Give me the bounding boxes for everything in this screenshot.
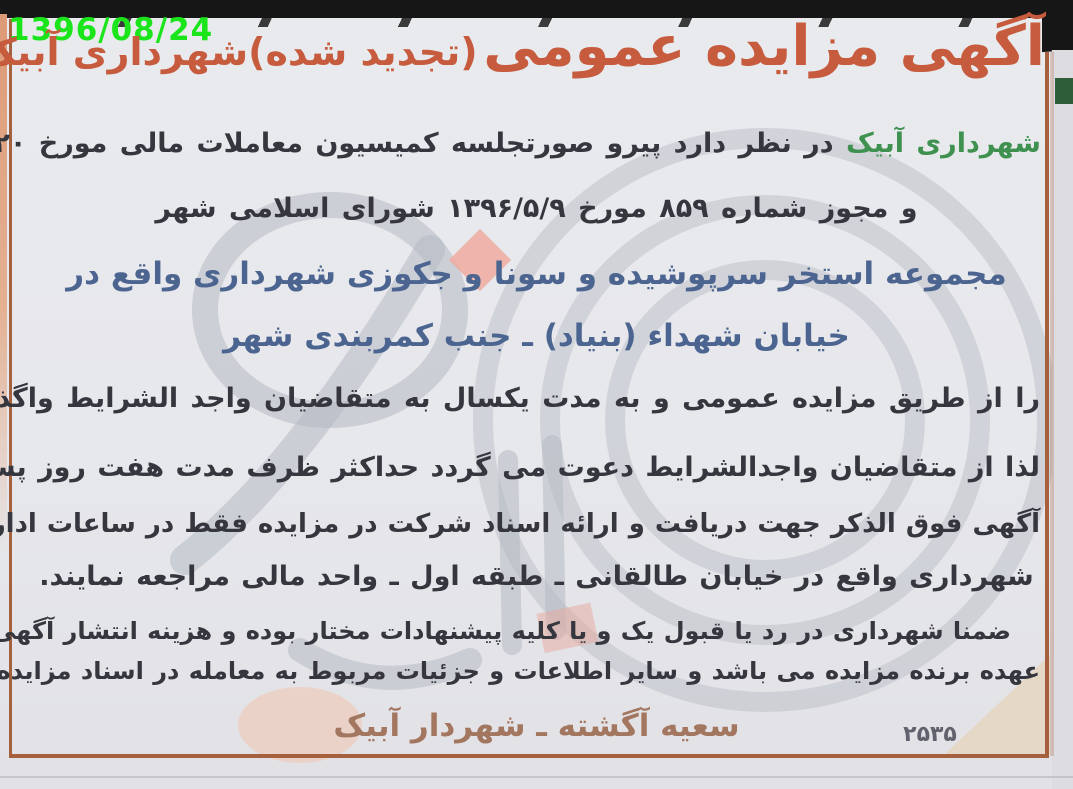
disclaimer-line-1: ضمنا شهرداری در رد یا قبول یک و یا کلیه … (30, 617, 1011, 645)
auction-subject-line-1: مجموعه استخر سرپوشیده و سونا و جکوزی شهر… (30, 256, 1043, 292)
page-margin-right (1052, 50, 1073, 789)
adjacent-ad-fragment (1055, 78, 1073, 104)
transfer-terms-line: را از طریق مزایده عمومی و به مدت یکسال ب… (30, 383, 1040, 414)
intro-line-rest: در نظر دارد پیرو صورتجلسه کمیسیون معاملا… (0, 128, 846, 159)
disclaimer-line-2: عهده برنده مزایده می باشد و سایر اطلاعات… (30, 657, 1040, 685)
scanner-corner-artifact (1042, 0, 1073, 52)
ad-frame-bottom-border (9, 754, 1049, 758)
invitation-line-1: لذا از متقاضیان واجدالشرایط دعوت می گردد… (30, 452, 1040, 483)
ad-reference-number: ۲۵۳۵ (890, 722, 970, 747)
ad-frame-right-border (1045, 52, 1049, 756)
permit-line: و مجوز شماره ۸۵۹ مورخ ۱۳۹۶/۵/۹ شورای اسل… (30, 193, 1043, 224)
page-fold-line (0, 776, 1073, 778)
invitation-line-3: شهرداری واقع در خیابان طالقانی ـ طبقه او… (30, 561, 1043, 592)
ad-headline-sub: (تجدید شده)شهرداری آبیک (0, 30, 478, 74)
intro-line: شهرداری آبیک در نظر دارد پیرو صورتجلسه ک… (30, 128, 1041, 159)
ad-headline: آگهی مزایده عمومی (تجدید شده)شهرداری آبی… (20, 14, 1045, 79)
auction-subject-line-2: خیابان شهداء (بنیاد) ـ جنب کمربندی شهر (30, 318, 1043, 354)
municipality-name: شهرداری آبیک (846, 128, 1041, 159)
invitation-line-2: آگهی فوق الذکر جهت دریافت و ارائه اسناد … (30, 509, 1040, 539)
ad-headline-main: آگهی مزایده عمومی (483, 14, 1045, 79)
scanned-newspaper-ad: 1396/08/24 آگهی مزایده عمومی (تجدید شده)… (0, 0, 1073, 789)
